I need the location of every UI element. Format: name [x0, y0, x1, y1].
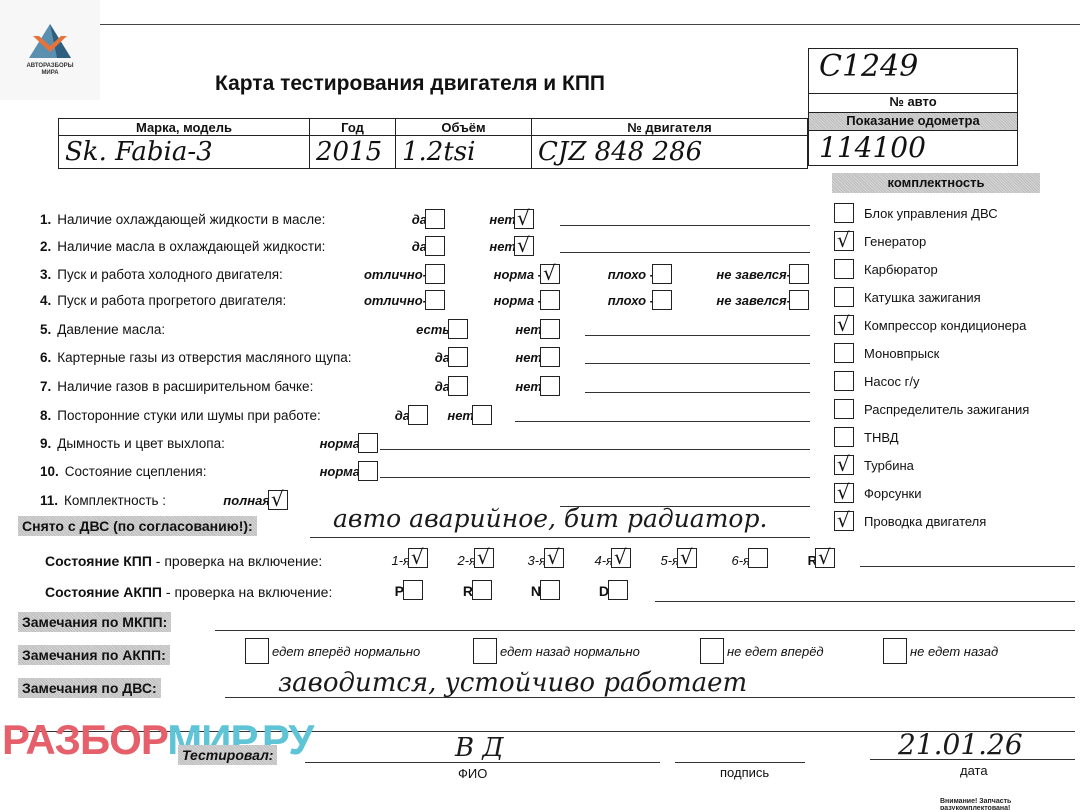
option-label: нет: [447, 408, 474, 423]
question-9: 9.Дымность и цвет выхлопа:: [40, 436, 225, 451]
akpp-position-checkbox[interactable]: [608, 580, 628, 600]
question-8: 8.Посторонние стуки или шумы при работе:: [40, 408, 321, 423]
option-checkbox[interactable]: [408, 405, 428, 425]
kpp-label: Состояние КПП - проверка на включение:: [45, 553, 322, 569]
option-checkbox[interactable]: [540, 319, 560, 339]
option-label: есть: [416, 322, 450, 337]
kpp-label-rest: - проверка на включение:: [152, 553, 322, 569]
question-11: 11.Комплектность :: [40, 493, 166, 508]
auto-number-label: № авто: [809, 94, 1017, 112]
company-logo: АВТОРАЗБОРЫ МИРА: [0, 0, 100, 100]
akpp-position-checkbox[interactable]: [472, 580, 492, 600]
completeness-checkbox[interactable]: [834, 455, 854, 475]
option-label: нет: [515, 350, 542, 365]
kpp-label-bold: Состояние КПП: [45, 553, 152, 569]
question-number: 6.: [40, 350, 51, 365]
question-number: 11.: [40, 493, 58, 508]
akpp-remark-checkbox[interactable]: [700, 638, 724, 664]
question-text: Дымность и цвет выхлопа:: [57, 436, 225, 451]
completeness-item-label: Распределитель зажигания: [864, 402, 1029, 417]
completeness-checkbox[interactable]: [834, 371, 854, 391]
odometer-label: Показание одометра: [809, 112, 1017, 131]
completeness-checkbox[interactable]: [834, 343, 854, 363]
question-text: Посторонние стуки или шумы при работе:: [57, 408, 321, 423]
question-6: 6.Картерные газы из отверстия масляного …: [40, 350, 352, 365]
option-label: норма -: [494, 293, 542, 308]
dvs-remarks-label: Замечания по ДВС:: [18, 678, 161, 698]
answer-line[interactable]: [380, 477, 810, 478]
signature-label: подпись: [720, 765, 769, 780]
completeness-item-label: Турбина: [864, 458, 914, 473]
option-checkbox[interactable]: [358, 433, 378, 453]
option-label: отлично-: [364, 293, 427, 308]
question-text: Наличие масла в охлаждающей жидкости:: [57, 239, 325, 254]
logo-text-line1: АВТОРАЗБОРЫ: [0, 63, 100, 70]
option-checkbox[interactable]: [448, 376, 468, 396]
question-number: 7.: [40, 379, 51, 394]
vehicle-info-table: Марка, модель Год Объём № двигателя Sk. …: [58, 118, 808, 169]
completeness-checkbox[interactable]: [834, 399, 854, 419]
odometer-value[interactable]: 114100: [809, 131, 1017, 165]
question-3: 3.Пуск и работа холодного двигателя:: [40, 267, 283, 282]
fio-value[interactable]: В Д: [455, 733, 504, 763]
header-volume: Объём: [396, 119, 532, 136]
question-10: 10.Состояние сцепления:: [40, 464, 207, 479]
question-1: 1.Наличие охлаждающей жидкости в масле:: [40, 212, 325, 227]
gear-checkbox[interactable]: [748, 548, 768, 568]
option-label: плохо -: [608, 267, 654, 282]
question-number: 5.: [40, 322, 51, 337]
completeness-checkbox[interactable]: [834, 259, 854, 279]
akpp-remark-checkbox[interactable]: [473, 638, 497, 664]
gear-checkbox[interactable]: [677, 548, 697, 568]
removed-value[interactable]: авто аварийное, бит радиатор.: [333, 504, 767, 533]
header-year: Год: [310, 119, 396, 136]
answer-line[interactable]: [585, 335, 810, 336]
gear-checkbox[interactable]: [611, 548, 631, 568]
completeness-checkbox[interactable]: [834, 287, 854, 307]
mountain-logo-icon: [27, 22, 73, 60]
dvs-remarks-line: [225, 697, 1075, 698]
question-text: Давление масла:: [57, 322, 165, 337]
page-title: Карта тестирования двигателя и КПП: [215, 72, 605, 96]
completeness-checkbox[interactable]: [834, 203, 854, 223]
kpp-line: [860, 566, 1075, 567]
option-checkbox[interactable]: [425, 209, 445, 229]
question-text: Состояние сцепления:: [65, 464, 207, 479]
question-number: 1.: [40, 212, 51, 227]
question-number: 8.: [40, 408, 51, 423]
mkpp-remarks-label: Замечания по МКПП:: [18, 612, 171, 632]
option-label: норма: [320, 436, 360, 451]
option-checkbox[interactable]: [540, 290, 560, 310]
question-number: 4.: [40, 293, 51, 308]
option-checkbox[interactable]: [448, 347, 468, 367]
akpp-position-checkbox[interactable]: [403, 580, 423, 600]
warning-note: Внимание! Запчасть разукомплектована!: [940, 798, 1080, 810]
akpp-label-bold: Состояние АКПП: [45, 584, 162, 600]
gear-checkbox[interactable]: [544, 548, 564, 568]
completeness-checkbox[interactable]: [834, 427, 854, 447]
option-checkbox[interactable]: [652, 290, 672, 310]
completeness-item-label: Форсунки: [864, 486, 921, 501]
option-checkbox[interactable]: [514, 236, 534, 256]
answer-line[interactable]: [560, 225, 810, 226]
akpp-remark-checkbox[interactable]: [883, 638, 907, 664]
option-checkbox[interactable]: [789, 290, 809, 310]
completeness-header: комплектность: [832, 173, 1040, 193]
question-text: Картерные газы из отверстия масляного щу…: [57, 350, 351, 365]
option-checkbox[interactable]: [425, 236, 445, 256]
option-checkbox[interactable]: [425, 264, 445, 284]
akpp-remark-label: не едет назад: [910, 644, 998, 659]
option-checkbox[interactable]: [472, 405, 492, 425]
question-text: Комплектность :: [64, 493, 166, 508]
akpp-remark-checkbox[interactable]: [245, 638, 269, 664]
question-number: 2.: [40, 239, 51, 254]
option-checkbox[interactable]: [789, 264, 809, 284]
completeness-item-label: ТНВД: [864, 430, 899, 445]
header-make-model: Марка, модель: [59, 119, 310, 136]
completeness-checkbox[interactable]: [834, 315, 854, 335]
option-checkbox[interactable]: [652, 264, 672, 284]
akpp-position-checkbox[interactable]: [540, 580, 560, 600]
header-engine-number: № двигателя: [532, 119, 808, 136]
completeness-item-label: Проводка двигателя: [864, 514, 986, 529]
akpp-remark-label: едет назад нормально: [500, 644, 640, 659]
question-number: 9.: [40, 436, 51, 451]
question-2: 2.Наличие масла в охлаждающей жидкости:: [40, 239, 325, 254]
top-divider: [100, 24, 1080, 25]
fio-line: [305, 762, 660, 763]
option-checkbox[interactable]: [425, 290, 445, 310]
option-label: нет: [515, 322, 542, 337]
completeness-item-label: Моновпрыск: [864, 346, 939, 361]
option-checkbox[interactable]: [268, 490, 288, 510]
logo-text-line2: МИРА: [0, 70, 100, 77]
question-4: 4.Пуск и работа прогретого двигателя:: [40, 293, 286, 308]
auto-number-box: C1249 № авто Показание одометра 114100: [808, 48, 1018, 166]
value-engine-number[interactable]: CJZ 848 286: [532, 136, 808, 169]
value-make-model[interactable]: Sk. Fabia-3: [59, 136, 310, 169]
value-volume[interactable]: 1.2tsi: [396, 136, 532, 169]
option-checkbox[interactable]: [358, 461, 378, 481]
removed-line: [310, 537, 810, 538]
gear-checkbox[interactable]: [408, 548, 428, 568]
fio-label: ФИО: [458, 766, 487, 781]
answer-line[interactable]: [585, 392, 810, 393]
question-text: Пуск и работа холодного двигателя:: [57, 267, 283, 282]
removed-label: Снято с ДВС (по согласованию!):: [18, 516, 257, 536]
option-checkbox[interactable]: [448, 319, 468, 339]
option-label: норма: [320, 464, 360, 479]
akpp-label-rest: - проверка на включение:: [162, 584, 332, 600]
question-5: 5.Давление масла:: [40, 322, 165, 337]
option-checkbox[interactable]: [514, 209, 534, 229]
option-checkbox[interactable]: [540, 264, 560, 284]
tested-by-label: Тестировал:: [178, 745, 277, 765]
option-label: плохо -: [608, 293, 654, 308]
date-value[interactable]: 21.01.26: [898, 728, 1023, 761]
akpp-remark-label: едет вперёд нормально: [272, 644, 420, 659]
option-label: нет: [515, 379, 542, 394]
dvs-remarks-value[interactable]: заводится, устойчиво работает: [278, 668, 747, 698]
akpp-label: Состояние АКПП - проверка на включение:: [45, 584, 332, 600]
question-text: Пуск и работа прогретого двигателя:: [57, 293, 286, 308]
option-label: не завелся-: [716, 267, 791, 282]
akpp-line: [655, 601, 1075, 602]
question-number: 10.: [40, 464, 59, 479]
akpp-remark-label: не едет вперёд: [727, 644, 824, 659]
answer-line[interactable]: [515, 421, 810, 422]
completeness-checkbox[interactable]: [834, 511, 854, 531]
option-label: нет: [489, 239, 516, 254]
option-label: не завелся-: [716, 293, 791, 308]
gear-checkbox[interactable]: [815, 548, 835, 568]
answer-line[interactable]: [380, 449, 810, 450]
option-label: отлично-: [364, 267, 427, 282]
answer-line[interactable]: [560, 252, 810, 253]
date-label: дата: [960, 763, 988, 778]
option-checkbox[interactable]: [540, 347, 560, 367]
completeness-item-label: Насос г/у: [864, 374, 919, 389]
answer-line[interactable]: [585, 363, 810, 364]
completeness-item-label: Блок управления ДВС: [864, 206, 998, 221]
auto-number-value[interactable]: C1249: [809, 49, 1017, 94]
question-text: Наличие охлаждающей жидкости в масле:: [57, 212, 325, 227]
question-text: Наличие газов в расширительном бачке:: [57, 379, 313, 394]
option-checkbox[interactable]: [540, 376, 560, 396]
mkpp-remarks-line[interactable]: [215, 630, 1075, 631]
option-label: норма -: [494, 267, 542, 282]
question-7: 7.Наличие газов в расширительном бачке:: [40, 379, 313, 394]
watermark-part1: РАЗБОР: [2, 716, 167, 763]
completeness-item-label: Катушка зажигания: [864, 290, 981, 305]
completeness-item-label: Карбюратор: [864, 262, 938, 277]
question-number: 3.: [40, 267, 51, 282]
completeness-checkbox[interactable]: [834, 231, 854, 251]
completeness-item-label: Генератор: [864, 234, 926, 249]
option-label: нет: [489, 212, 516, 227]
completeness-checkbox[interactable]: [834, 483, 854, 503]
signature-line[interactable]: [675, 762, 805, 763]
akpp-remarks-label: Замечания по АКПП:: [18, 645, 170, 665]
value-year[interactable]: 2015: [310, 136, 396, 169]
option-label: полная: [223, 493, 270, 508]
date-line: [870, 759, 1075, 760]
completeness-item-label: Компрессор кондиционера: [864, 318, 1026, 333]
gear-checkbox[interactable]: [474, 548, 494, 568]
